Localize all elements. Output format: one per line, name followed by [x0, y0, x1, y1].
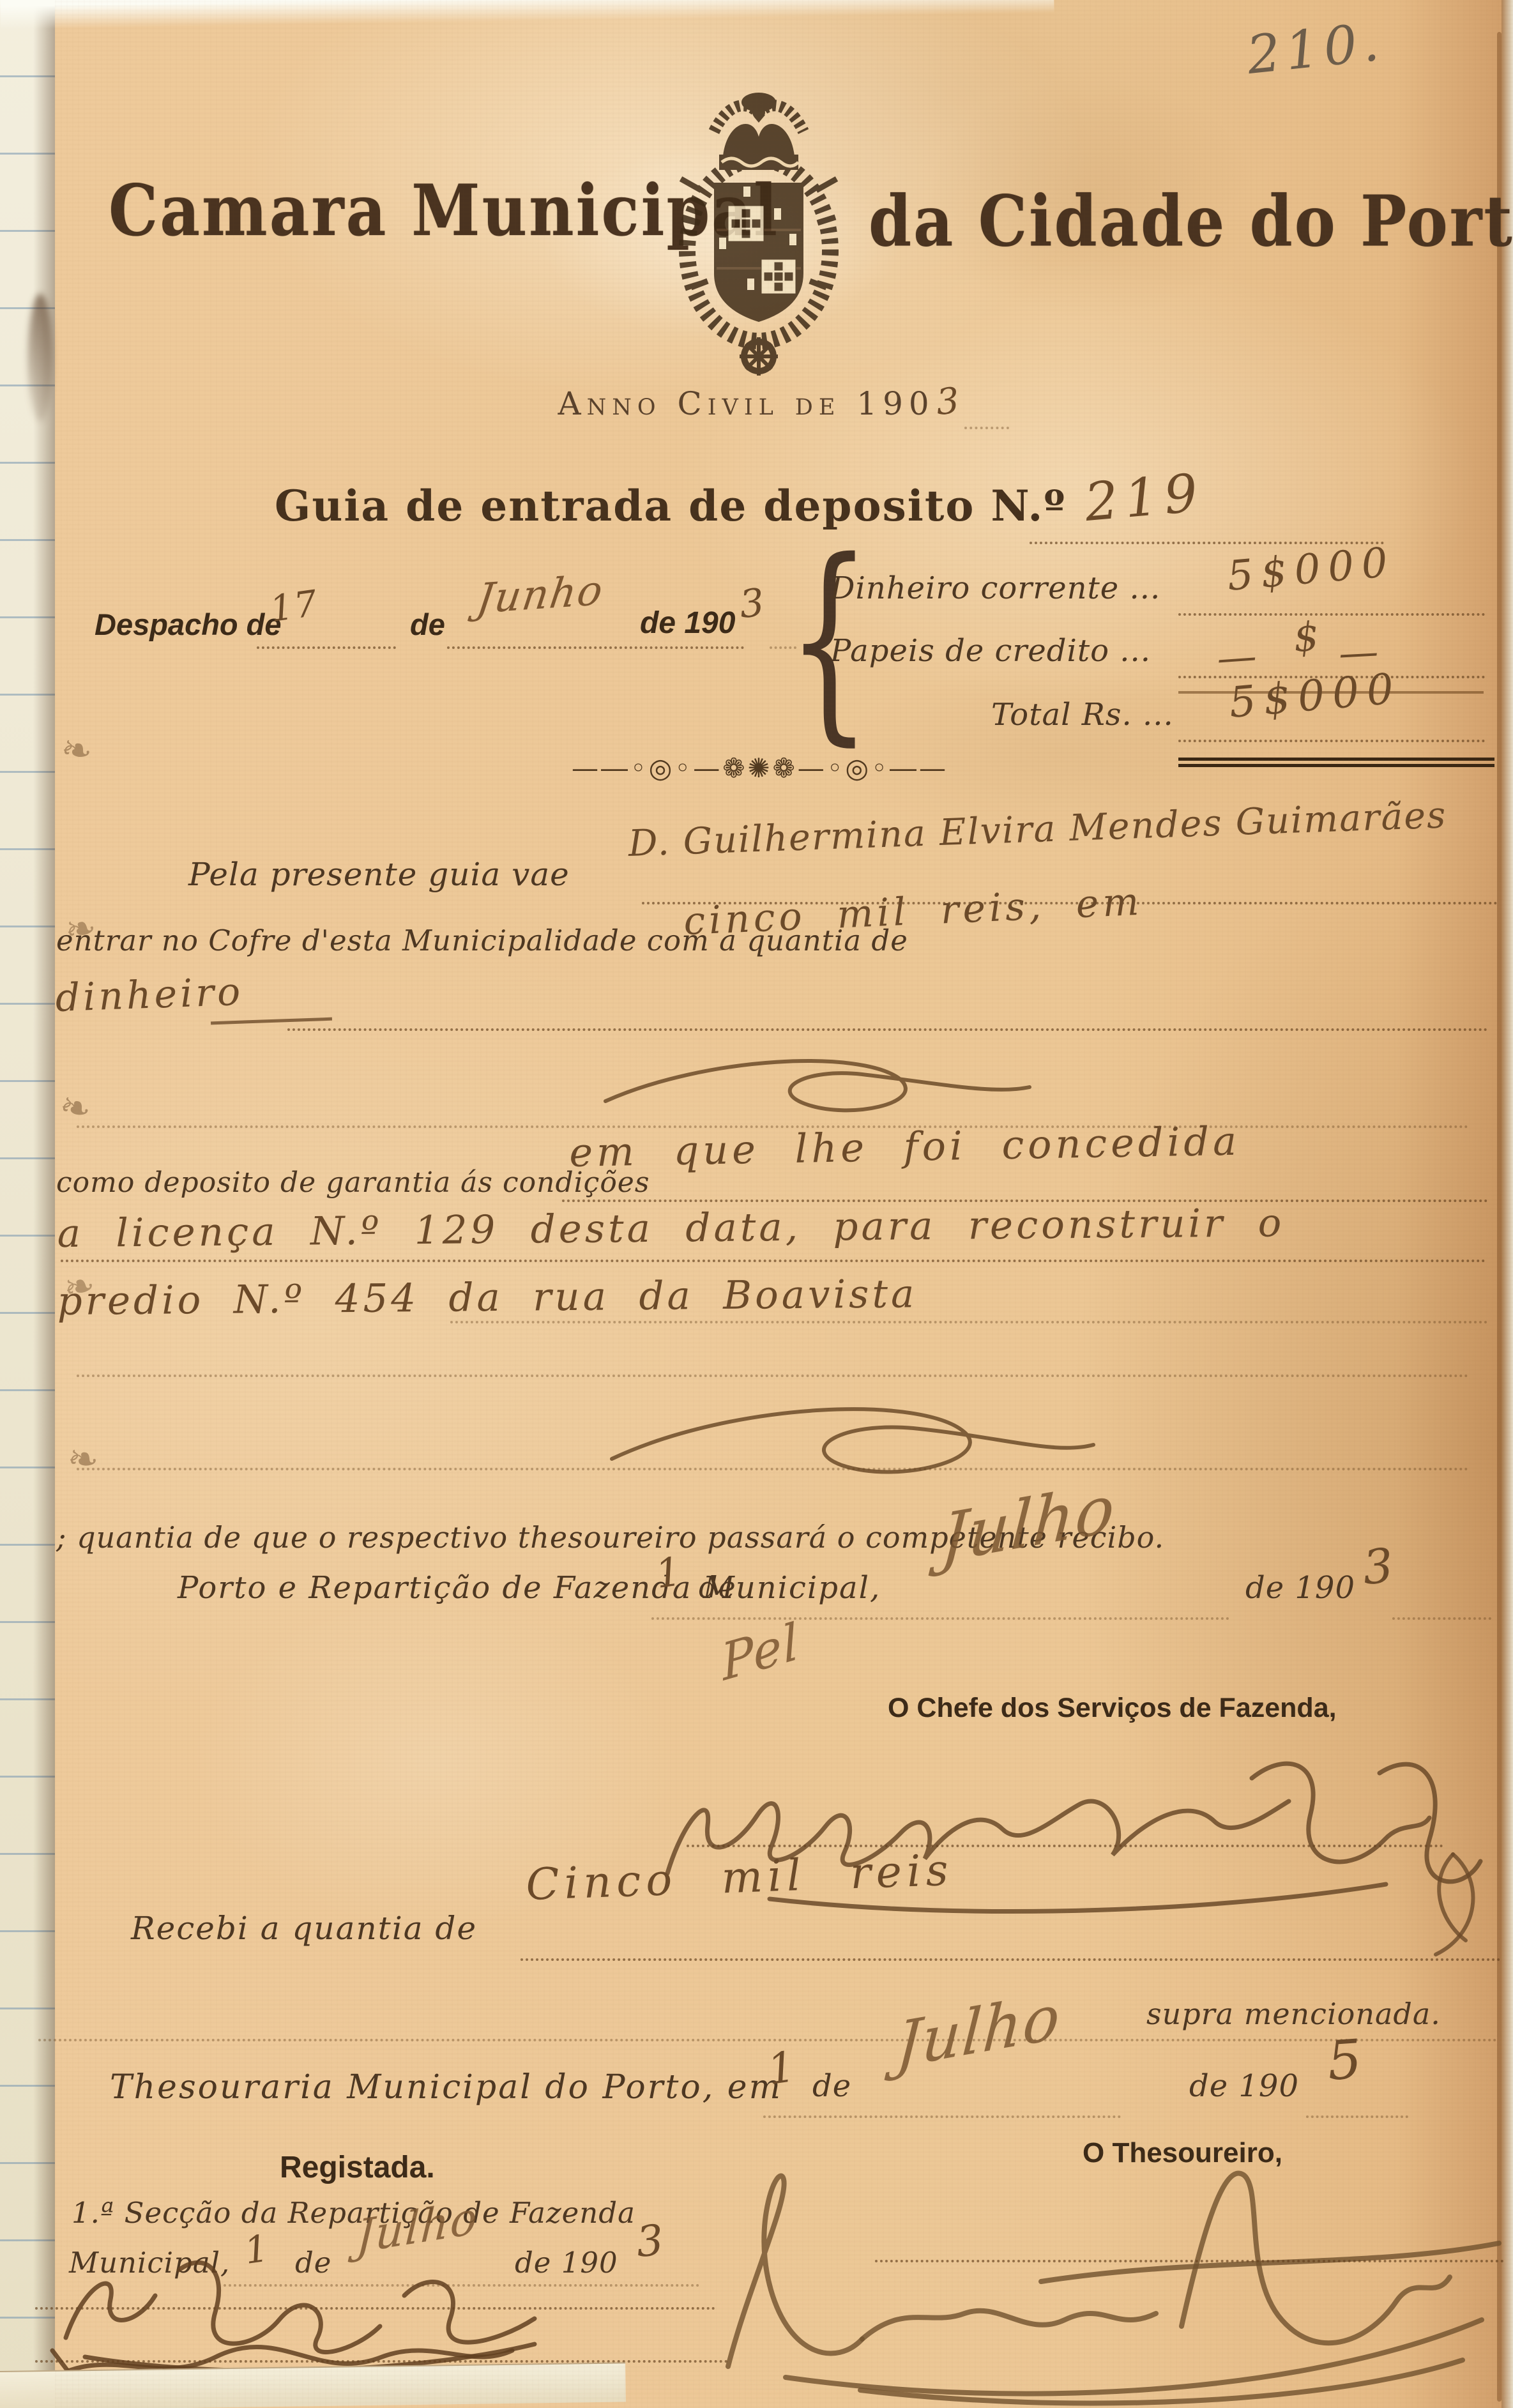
body-line5-printed: como deposito de garantia ás condições [56, 1166, 650, 1199]
header-title-right: da Cidade do Porto [869, 180, 1501, 263]
dotted-line [61, 1260, 1486, 1262]
underpage-bottom-edge [0, 2362, 626, 2408]
porto-line-printed: Porto e Repartição de Fazenda Municipal, [178, 1570, 881, 1606]
guia-title-line: Guia de entrada de deposito N.º 219 [275, 473, 1206, 533]
seccao-year-handwritten: 3 [634, 2215, 667, 2267]
dotted-line [687, 1845, 1443, 1847]
dotted-line [651, 1617, 1229, 1620]
porto-coat-of-arms-icon [672, 77, 846, 382]
porto-de-190: de 190 [1245, 1570, 1355, 1606]
dotted-line [1178, 613, 1485, 616]
scanned-document-page: 210. Camara Municipal [0, 0, 1513, 2408]
amount-label-papeis: Papeis de credito ... [830, 633, 1151, 669]
dotted-line [1178, 740, 1485, 742]
registada-label: Registada. [280, 2150, 435, 2185]
page-right-margin-shade [1502, 0, 1513, 2408]
total-double-rule [1178, 764, 1494, 767]
dotted-line [77, 1375, 1469, 1377]
dotted-line [447, 646, 744, 649]
dotted-line [964, 427, 1009, 429]
page-right-edge [1497, 32, 1502, 2402]
margin-ornament-icon: ❧ [63, 906, 98, 952]
anno-civil-line: Anno Civil de 190 3 [441, 382, 1079, 423]
body-line3-handwritten: dinheiro [55, 970, 245, 1021]
chefe-label: O Chefe dos Serviços de Fazenda, [888, 1693, 1337, 1724]
despacho-day-handwritten: 17 [268, 583, 321, 630]
total-double-rule [1178, 758, 1494, 761]
anno-civil-printed: Anno Civil de 190 [558, 385, 935, 422]
dotted-line [875, 2260, 1504, 2262]
amount-label-dinheiro: Dinheiro corrente ... [830, 570, 1160, 606]
guia-title-label: Guia de entrada de deposito N.º [275, 481, 1066, 531]
dotted-line [287, 1028, 1488, 1031]
header-title-left: Camara Municipal [109, 169, 696, 252]
dotted-line [77, 1468, 1469, 1470]
porto-year-handwritten: 3 [1361, 1538, 1397, 1596]
supra-printed: supra mencionada. [1146, 1997, 1441, 2031]
thesouraria-year-handwritten: 5 [1325, 2027, 1365, 2092]
amount-papeis-dash-left: — [1215, 632, 1259, 682]
dotted-line [562, 1200, 1488, 1202]
despacho-year-handwritten: 3 [738, 580, 768, 627]
page-edge-shadow-blob [28, 294, 52, 422]
margin-ornament-icon: ❧ [66, 1436, 101, 1482]
dotted-line [1392, 1617, 1491, 1620]
dotted-line [35, 2307, 715, 2310]
amount-label-total: Total Rs. ... [991, 697, 1174, 733]
despacho-de: de [410, 607, 445, 642]
dotted-line [1306, 2115, 1408, 2118]
despacho-month-handwritten: Junho [474, 567, 607, 623]
body-line7-handwritten: predio N.º 454 da rua da Boavista [57, 1271, 917, 1324]
thesoureiro-signature [693, 2146, 1510, 2402]
thesouraria-de: de [812, 2068, 851, 2104]
margin-ornament-icon: ❧ [61, 1263, 98, 1310]
ornament-divider: —―◦◎◦—❁✺❁—◦◎◦―— [524, 752, 996, 784]
dotted-line [38, 2039, 1498, 2041]
dotted-line [450, 1321, 1488, 1323]
despacho-de-190: de 190 [640, 606, 735, 641]
thesouraria-de-190: de 190 [1189, 2068, 1299, 2104]
recebi-flourish [1392, 1845, 1501, 1966]
dotted-line [521, 1958, 1501, 1961]
dotted-line [257, 646, 396, 649]
guia-number-handwritten: 219 [1082, 462, 1206, 533]
thesouraria-printed: Thesouraria Municipal do Porto, em [110, 2068, 782, 2107]
amount-value-papeis-handwritten: $ [1292, 613, 1321, 661]
despacho-label: Despacho de [95, 607, 282, 642]
dotted-line [763, 2115, 1121, 2118]
seccao-line1-printed: 1.ª Secção da Repartição de Fazenda [72, 2196, 635, 2230]
anno-year-handwritten: 3 [934, 380, 962, 423]
recebi-printed: Recebi a quantia de [131, 1910, 477, 1947]
porto-de: de [699, 1570, 736, 1604]
body-line1-printed: Pela presente guia vae [188, 856, 570, 893]
